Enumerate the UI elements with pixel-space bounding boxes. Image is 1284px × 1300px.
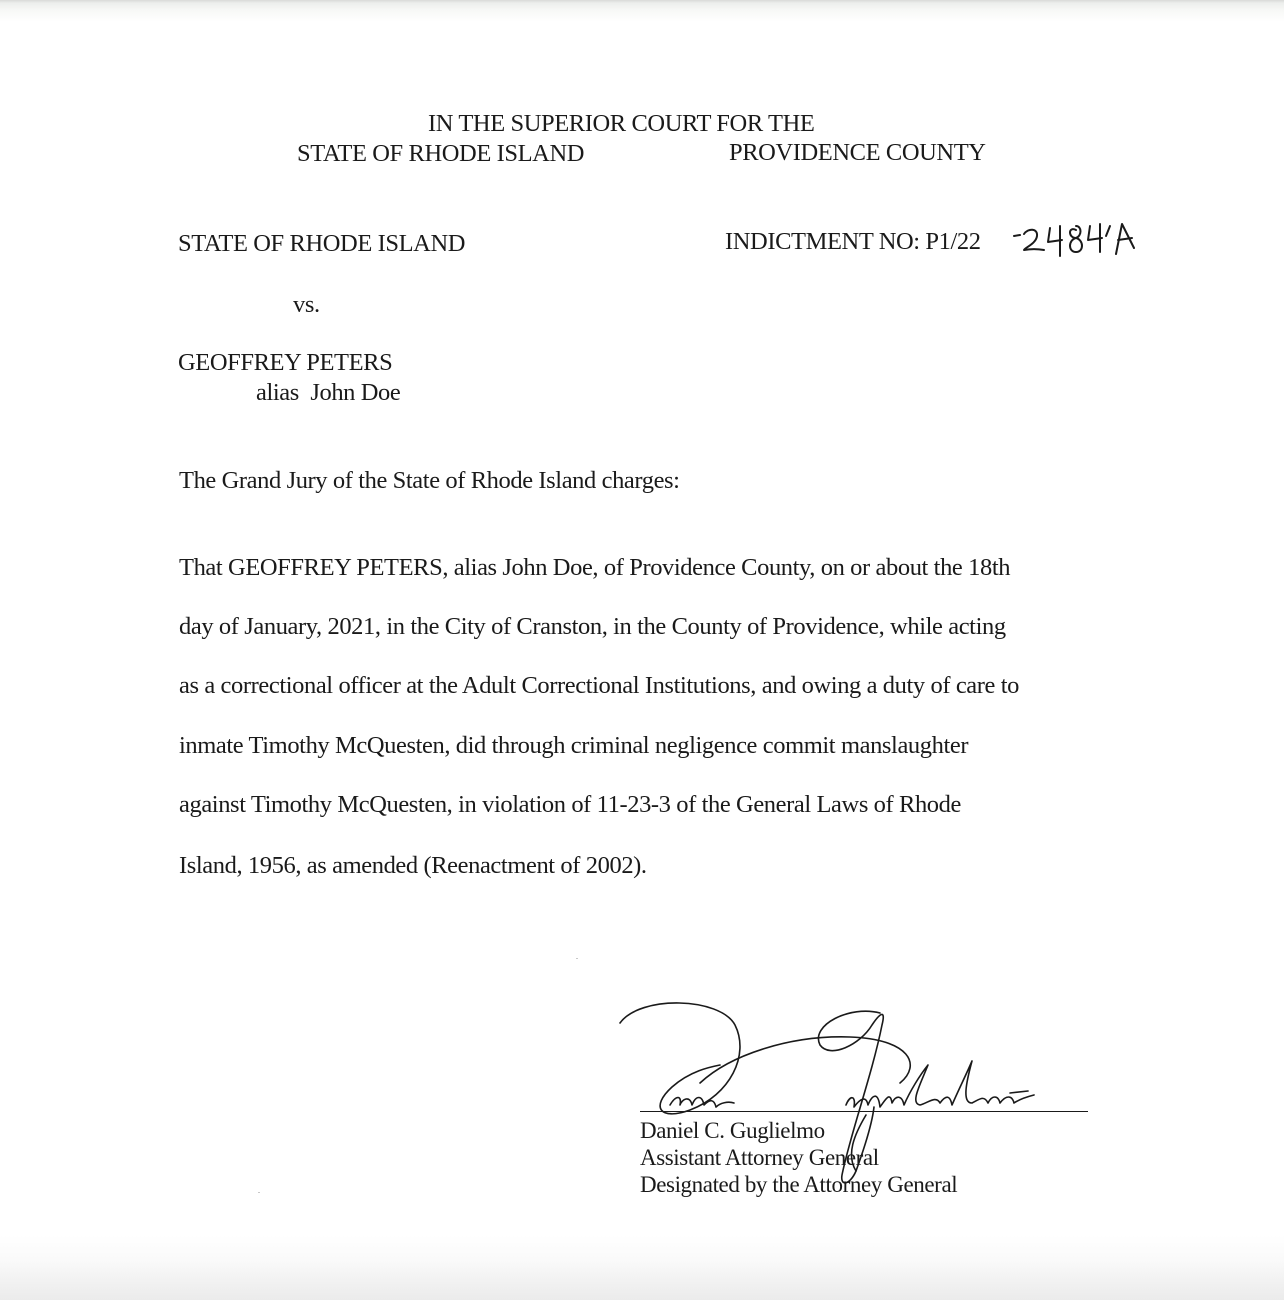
defendant-name: GEOFFREY PETERS [178,349,392,377]
signatory-title: Assistant Attorney General [640,1144,879,1172]
versus-label: vs. [293,291,320,319]
court-county: PROVIDENCE COUNTY [729,139,986,167]
court-state: STATE OF RHODE ISLAND [297,140,584,168]
signatory-designation: Designated by the Attorney General [640,1171,957,1199]
defendant-alias: alias John Doe [256,379,400,407]
charge-text-line: That GEOFFREY PETERS, alias John Doe, of… [179,554,1010,582]
charge-text-line: Island, 1956, as amended (Reenactment of… [179,852,647,880]
plaintiff-name: STATE OF RHODE ISLAND [178,230,465,258]
document-page: IN THE SUPERIOR COURT FOR THE STATE OF R… [0,0,1284,1300]
handwritten-indictment-number-icon [1010,214,1140,260]
charge-text-line: day of January, 2021, in the City of Cra… [179,613,1006,641]
viewer-bottom-shadow [0,1235,1284,1300]
indictment-number-label: INDICTMENT NO: P1/22 [725,228,981,256]
scan-speck [576,958,578,959]
court-heading: IN THE SUPERIOR COURT FOR THE [428,110,814,138]
scan-speck [258,1192,260,1193]
charge-text-line: as a correctional officer at the Adult C… [179,672,1019,700]
charges-intro: The Grand Jury of the State of Rhode Isl… [179,467,680,495]
signatory-name: Daniel C. Guglielmo [640,1117,825,1145]
charge-text-line: against Timothy McQuesten, in violation … [179,791,961,819]
charge-text-line: inmate Timothy McQuesten, did through cr… [179,732,968,760]
